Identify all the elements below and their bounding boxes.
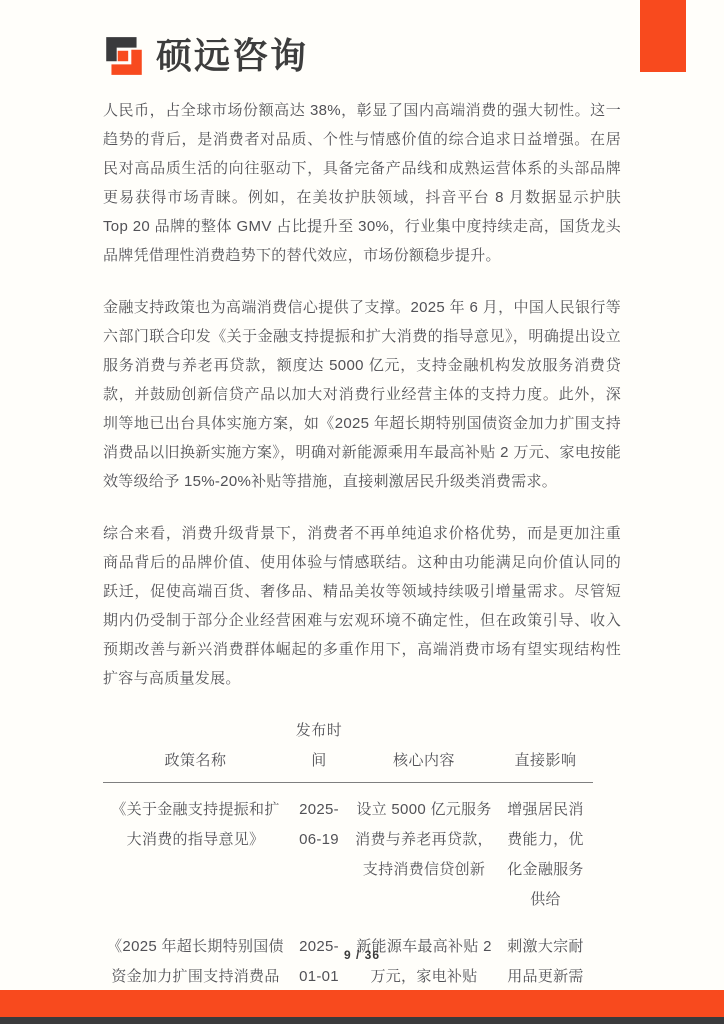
page-content: 人民币，占全球市场份额高达 38%，彰显了国内高端消费的强大韧性。这一趋势的背后… xyxy=(103,96,621,1024)
column-header-core-content: 核心内容 xyxy=(350,716,498,783)
document-page: 硕远咨询 人民币，占全球市场份额高达 38%，彰显了国内高端消费的强大韧性。这一… xyxy=(0,0,724,1024)
body-paragraph: 综合来看，消费升级背景下，消费者不再单纯追求价格优势，而是更加注重商品背后的品牌… xyxy=(103,519,621,693)
cell-direct-impact: 增强居民消费能力，优化金融服务供给 xyxy=(498,783,593,921)
policy-table: 政策名称 发布时间 核心内容 直接影响 《关于金融支持提振和扩大消费的指导意见》… xyxy=(103,716,593,1024)
table-header-row: 政策名称 发布时间 核心内容 直接影响 xyxy=(103,716,593,783)
column-header-policy-name: 政策名称 xyxy=(103,716,288,783)
body-paragraph: 金融支持政策也为高端消费信心提供了支撑。2025 年 6 月，中国人民银行等六部… xyxy=(103,293,621,496)
brand-logo-icon xyxy=(101,33,147,79)
cell-core-content: 设立 5000 亿元服务消费与养老再贷款，支持消费信贷创新 xyxy=(350,783,498,921)
page-number: 9 / 36 xyxy=(0,948,724,962)
footer-dark-bar xyxy=(0,1017,724,1024)
footer-accent-bar xyxy=(0,990,724,1017)
cell-publish-date: 2025-06-19 xyxy=(288,783,350,921)
column-header-direct-impact: 直接影响 xyxy=(498,716,593,783)
body-paragraph: 人民币，占全球市场份额高达 38%，彰显了国内高端消费的强大韧性。这一趋势的背后… xyxy=(103,96,621,270)
brand-logo: 硕远咨询 xyxy=(101,33,308,79)
column-header-publish-date: 发布时间 xyxy=(288,716,350,783)
cell-policy-name: 《关于金融支持提振和扩大消费的指导意见》 xyxy=(103,783,288,921)
brand-name: 硕远咨询 xyxy=(156,33,308,79)
table-row: 《关于金融支持提振和扩大消费的指导意见》 2025-06-19 设立 5000 … xyxy=(103,783,593,921)
corner-accent-block xyxy=(640,0,686,72)
